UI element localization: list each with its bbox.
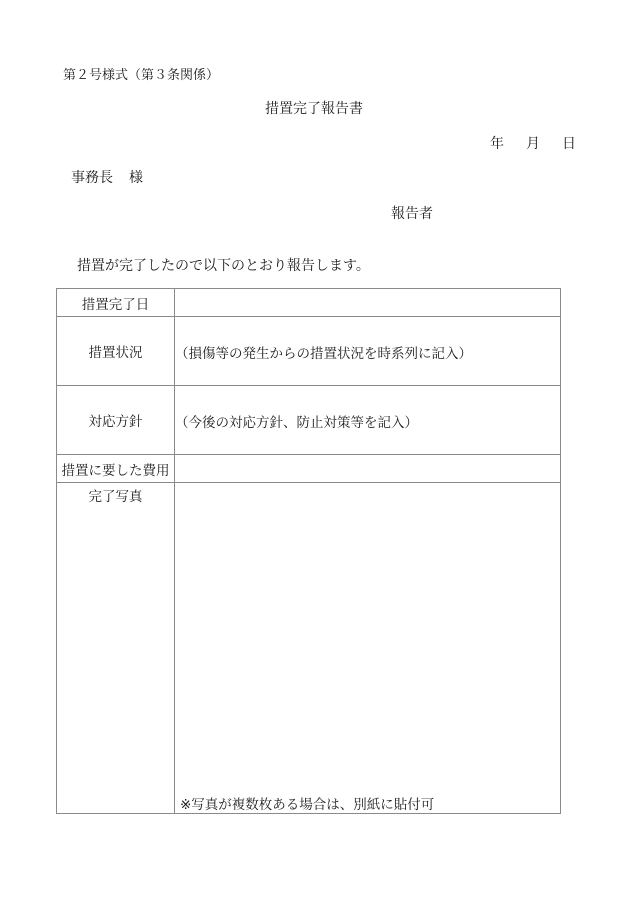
row-label: 対応方針 <box>57 386 175 455</box>
photo-note: ※写真が複数枚ある場合は、別紙に貼付可 <box>180 793 434 813</box>
status-hint: （損傷等の発生からの措置状況を時系列に記入） <box>175 342 560 362</box>
row-label: 措置状況 <box>57 317 175 386</box>
table-row-policy: 対応方針 （今後の対応方針、防止対策等を記入） <box>57 386 561 455</box>
table-row-photo: 完了写真 ※写真が複数枚ある場合は、別紙に貼付可 <box>57 483 561 814</box>
addressee-honorific: 様 <box>129 170 143 186</box>
document-title-text: 措置完了報告書 <box>265 101 363 117</box>
addressee: 事務長様 <box>71 167 143 187</box>
row-label: 措置完了日 <box>57 289 175 317</box>
addressee-name: 事務長 <box>71 170 113 186</box>
form-number: 第２号様式（第３条関係） <box>63 64 219 83</box>
photo-area[interactable]: ※写真が複数枚ある場合は、別紙に貼付可 <box>175 483 561 814</box>
date-month: 月 <box>526 133 540 153</box>
date-day: 日 <box>562 133 576 153</box>
row-label: 完了写真 <box>57 483 175 814</box>
table-row-status: 措置状況 （損傷等の発生からの措置状況を時系列に記入） <box>57 317 561 386</box>
policy-hint: （今後の対応方針、防止対策等を記入） <box>175 411 560 431</box>
table-row-cost: 措置に要した費用 <box>57 455 561 483</box>
date-line: 年月日 <box>490 133 576 153</box>
table-row-completion-date: 措置完了日 <box>57 289 561 317</box>
policy-field[interactable]: （今後の対応方針、防止対策等を記入） <box>175 386 561 455</box>
reporter-label: 報告者 <box>391 203 433 223</box>
document-title: 措置完了報告書 <box>0 98 630 118</box>
cost-field[interactable] <box>175 455 561 483</box>
report-table: 措置完了日 措置状況 （損傷等の発生からの措置状況を時系列に記入） 対応方針 （… <box>56 288 561 814</box>
row-label: 措置に要した費用 <box>57 455 175 483</box>
date-year: 年 <box>490 133 504 153</box>
intro-text: 措置が完了したので以下のとおり報告します。 <box>77 255 370 275</box>
status-field[interactable]: （損傷等の発生からの措置状況を時系列に記入） <box>175 317 561 386</box>
completion-date-field[interactable] <box>175 289 561 317</box>
